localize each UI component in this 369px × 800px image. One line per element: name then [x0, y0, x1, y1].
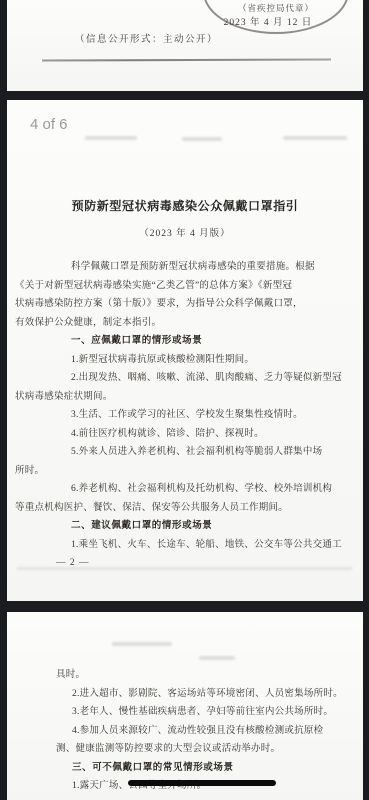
- doc-line: 状病毒感染防控方案（第十版）》要求，为指导公众科学佩戴口罩，: [15, 295, 359, 314]
- doc-line: 6.养老机构、社会福利机构及托幼机构、学校、校外培训机构: [15, 480, 359, 499]
- doc-line: 2.出现发热、咽痛、咳嗽、流涕、肌肉酸痛、乏力等疑似新型冠: [15, 369, 359, 388]
- document-page-3: 具时。2.进入超市、影剧院、客运场站等环境密闭、人员密集场所时。3.老年人、慢性…: [7, 612, 363, 800]
- scan-smudge: [199, 656, 235, 660]
- doc-line: 一、应佩戴口罩的情形或场景: [15, 332, 359, 351]
- doc-line: 《关于对新型冠状病毒感染实施“乙类乙管”的总体方案》《新型冠: [15, 277, 359, 296]
- doc-line: 测、健康监测等防控要求的大型会议或活动举办时。: [56, 740, 361, 759]
- document-date: 2023 年 4 月 12 日: [203, 14, 333, 28]
- doc-line: 3.老年人、慢性基础疾病患者、孕妇等前往室内公共场所时。: [56, 703, 361, 722]
- doc-line: 所时。: [15, 462, 359, 481]
- doc-line: 2.进入超市、影剧院、客运场站等环境密闭、人员密集场所时。: [56, 685, 361, 704]
- document-body: 具时。2.进入超市、影剧院、客运场站等环境密闭、人员密集场所时。3.老年人、慢性…: [56, 666, 361, 796]
- document-page-1: （省疾控局代章） 2023 年 4 月 12 日 （信息公开形式：主动公开）: [7, 0, 363, 91]
- doc-line: 1.新型冠状病毒抗原或核酸检测阳性期间。: [15, 351, 359, 370]
- doc-line: 科学佩戴口罩是预防新型冠状病毒感染的重要措施。根据: [15, 258, 359, 277]
- doc-line: 具时。: [56, 666, 361, 685]
- document-subtitle: （2023 年 4 月版）: [7, 225, 363, 239]
- doc-line: 三、可不佩戴口罩的常见情形或场景: [56, 759, 361, 778]
- page-indicator: 4 of 6: [30, 116, 68, 133]
- scan-smudge: [112, 642, 172, 646]
- stamp-caption: （省疾控局代章）: [212, 2, 340, 14]
- document-page-2: 4 of 6 预防新型冠状病毒感染公众佩戴口罩指引 （2023 年 4 月版） …: [7, 100, 363, 601]
- document-preview-screen[interactable]: （省疾控局代章） 2023 年 4 月 12 日 （信息公开形式：主动公开） 4…: [0, 0, 369, 800]
- doc-line: 1.乘坐飞机、火车、长途车、轮船、地铁、公交车等公共交通工: [15, 536, 359, 555]
- scan-smudge: [182, 137, 222, 141]
- doc-line: 等重点机构医护、餐饮、保洁、保安等公共服务人员工作期间。: [15, 499, 359, 518]
- scan-smudge: [85, 136, 137, 140]
- doc-line: 5.外来人员进入养老机构、社会福利机构等脆弱人群集中场: [15, 443, 359, 462]
- scan-smudge: [283, 136, 347, 140]
- document-title: 预防新型冠状病毒感染公众佩戴口罩指引: [7, 197, 363, 214]
- disclosure-note: （信息公开形式：主动公开）: [75, 31, 218, 45]
- doc-line: 4.前往医疗机构就诊、陪诊、陪护、探视时。: [15, 425, 359, 444]
- doc-line: 4.参加人员来源较广、流动性较强且没有核酸检测或抗原检: [56, 722, 361, 741]
- scan-streak: [17, 567, 352, 570]
- doc-line: 有效保护公众健康，制定本指引。: [15, 314, 359, 333]
- separator-line: [42, 58, 331, 61]
- doc-line: 状病毒感染症状期间。: [15, 388, 359, 407]
- doc-line: 二、建议佩戴口罩的情形或场景: [15, 517, 359, 536]
- doc-line: 3.生活、工作或学习的社区、学校发生聚集性疫情时。: [15, 406, 359, 425]
- document-body: 科学佩戴口罩是预防新型冠状病毒感染的重要措施。根据《关于对新型冠状病毒感染实施“…: [15, 258, 359, 573]
- home-indicator-bar[interactable]: [128, 780, 276, 786]
